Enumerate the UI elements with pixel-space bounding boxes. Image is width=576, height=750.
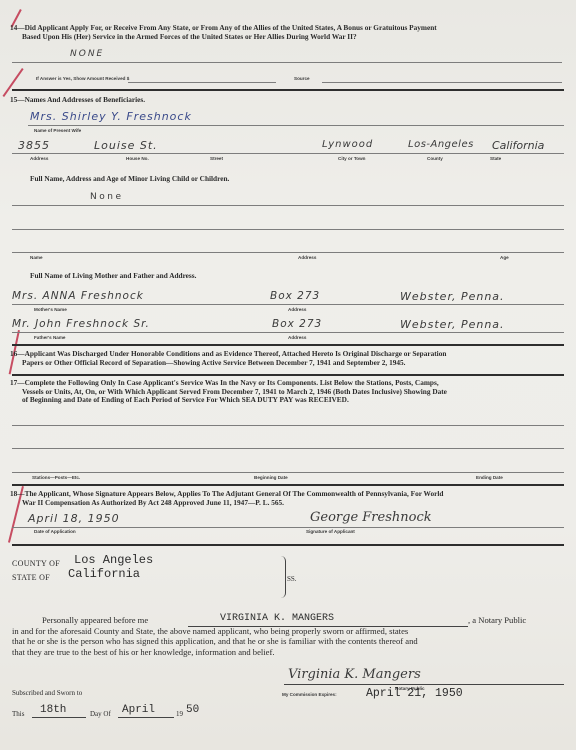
county-of-value[interactable]: Los Angeles	[74, 553, 153, 567]
county-label: County	[427, 156, 443, 161]
beginning-date-label: Beginning Date	[254, 475, 288, 480]
father-label: Father's Name	[34, 335, 65, 340]
application-date[interactable]: April 18, 1950	[28, 512, 120, 525]
question-16: 16—Applicant Was Discharged Under Honora…	[10, 350, 566, 367]
father-address[interactable]: Box 273	[272, 318, 322, 330]
house-number[interactable]: 3855	[18, 139, 50, 152]
ss-bracket	[281, 556, 286, 598]
city-value[interactable]: Lynwood	[322, 139, 373, 150]
mother-address[interactable]: Box 273	[270, 290, 320, 302]
state-label: State	[490, 156, 501, 161]
month-field[interactable]: April	[122, 704, 155, 716]
county-of-label: COUNTY OF	[12, 559, 60, 568]
applicant-signature[interactable]: George Freshnock	[310, 510, 432, 525]
father-address-label: Address	[288, 335, 306, 340]
compensation-application-page: 14—Did Applicant Apply For, or Receive F…	[0, 0, 576, 750]
commission-expiry[interactable]: April 21, 1950	[366, 687, 463, 700]
commission-label: My Commission Expires:	[282, 692, 337, 697]
source-field[interactable]	[322, 82, 562, 83]
question-15-heading: 15—Names And Addresses of Beneficiaries.	[10, 96, 145, 105]
father-city[interactable]: Webster, Penna.	[400, 318, 505, 331]
subscribed-label: Subscribed and Sworn to	[12, 689, 82, 697]
this-label: This	[12, 710, 24, 718]
question-14: 14—Did Applicant Apply For, or Receive F…	[10, 24, 566, 41]
signature-label: Signature of Applicant	[306, 529, 355, 534]
notary-body: in and for the aforesaid County and Stat…	[12, 626, 568, 657]
appeared-prefix: Personally appeared before me	[42, 615, 148, 625]
notary-signature[interactable]: Virginia K. Mangers	[288, 667, 421, 682]
parents-heading: Full Name of Living Mother and Father an…	[30, 272, 196, 281]
mother-label: Mother's Name	[34, 307, 67, 312]
street-label: Street	[210, 156, 223, 161]
ending-date-label: Ending Date	[476, 475, 503, 480]
day-of-label: Day Of	[90, 710, 111, 718]
ss-label: SS.	[287, 575, 297, 583]
child-name-label: Name	[30, 255, 43, 260]
amount-field[interactable]	[128, 82, 276, 83]
source-label: Source	[294, 76, 310, 81]
date-label: Date of Application	[34, 529, 76, 534]
question-18: 18—The Applicant, Whose Signature Appear…	[10, 490, 566, 507]
children-heading: Full Name, Address and Age of Minor Livi…	[30, 175, 229, 184]
appeared-suffix: , a Notary Public	[468, 615, 526, 625]
children-value[interactable]: None	[90, 192, 123, 202]
state-of-value[interactable]: California	[68, 567, 140, 581]
child-address-label: Address	[298, 255, 316, 260]
wife-label: Name of Present Wife	[34, 128, 81, 133]
check-mark-icon	[2, 68, 23, 97]
father-name[interactable]: Mr. John Freshnock Sr.	[12, 318, 150, 330]
house-no-label: House No.	[126, 156, 149, 161]
city-label: City or Town	[338, 156, 365, 161]
mother-city[interactable]: Webster, Penna.	[400, 290, 505, 303]
year-prefix: 19	[176, 710, 183, 718]
child-age-label: Age	[500, 255, 509, 260]
mother-name[interactable]: Mrs. ANNA Freshnock	[12, 290, 144, 302]
day-field[interactable]: 18th	[40, 704, 66, 716]
mother-address-label: Address	[288, 307, 306, 312]
q14-answer[interactable]: NONE	[70, 49, 104, 59]
stations-label: Stations—Posts—Etc.	[32, 475, 80, 480]
year-field[interactable]: 50	[186, 704, 199, 716]
street-value[interactable]: Louise St.	[94, 139, 158, 152]
wife-name[interactable]: Mrs. Shirley Y. Freshnock	[30, 110, 192, 123]
address-label: Address	[30, 156, 48, 161]
amount-label: If Answer is Yes, Show Amount Received $	[36, 76, 129, 81]
notary-name-field[interactable]: VIRGINIA K. MANGERS	[220, 613, 334, 624]
state-value[interactable]: California	[492, 139, 544, 152]
state-of-label: STATE OF	[12, 573, 50, 582]
county-value[interactable]: Los-Angeles	[408, 139, 474, 150]
question-17: 17—Complete the Following Only In Case A…	[10, 379, 566, 405]
